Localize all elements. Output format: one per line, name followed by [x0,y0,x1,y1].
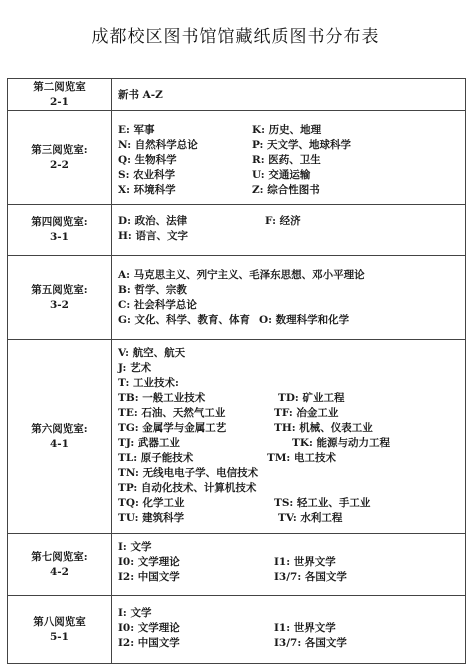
classification-entry: P: 天文学、地球科学 [252,138,351,153]
classification-entry: TS: 轻工业、手工业 [274,496,370,511]
reading-room-code: 5-1 [50,630,69,645]
table-row: 第三阅览室:2-2E: 军事K: 历史、地理N: 自然科学总论P: 天文学、地球… [8,110,465,204]
reading-room-code: 4-1 [50,437,69,452]
reading-room-code: 3-1 [50,230,69,245]
classification-entry: I1: 世界文学 [274,621,336,636]
reading-room-cell: 第四阅览室:3-1 [8,205,112,255]
classification-entry: S: 农业科学 [118,168,175,183]
reading-room-cell: 第五阅览室:3-2 [8,256,112,339]
reading-room-name: 第二阅览室 [33,80,86,95]
reading-room-cell: 第二阅览室2-1 [8,79,112,110]
classification-entry: J: 艺术 [118,361,151,376]
classification-entry: Q: 生物科学 [118,153,177,168]
classification-entry: R: 医药、卫生 [252,153,321,168]
classification-entry: TQ: 化学工业 [118,496,185,511]
classification-entry: TJ: 武器工业 [118,436,180,451]
classification-cell: E: 军事K: 历史、地理N: 自然科学总论P: 天文学、地球科学Q: 生物科学… [112,111,465,204]
classification-entry: TN: 无线电电子学、电信技术 [118,466,258,481]
classification-cell: V: 航空、航天J: 艺术T: 工业技术:TB: 一般工业技术TD: 矿业工程T… [112,340,465,533]
classification-entry: D: 政治、法律 [118,214,187,229]
classification-entry: G: 文化、科学、教育、体育 [118,313,250,328]
reading-room-cell: 第六阅览室:4-1 [8,340,112,533]
classification-entry: Z: 综合性图书 [252,183,320,198]
reading-room-cell: 第三阅览室:2-2 [8,111,112,204]
classification-cell: D: 政治、法律F: 经济H: 语言、文字 [112,205,465,255]
table-row: 第八阅览室5-1I: 文学I0: 文学理论I1: 世界文学I2: 中国文学I3/… [8,595,465,663]
classification-entry: I3/7: 各国文学 [274,636,347,651]
classification-entry: I0: 文学理论 [118,555,180,570]
table-row: 第四阅览室:3-1D: 政治、法律F: 经济H: 语言、文字 [8,204,465,255]
classification-entry: I1: 世界文学 [274,555,336,570]
classification-cell: I: 文学I0: 文学理论I1: 世界文学I2: 中国文学I3/7: 各国文学 [112,534,465,595]
classification-entry: I: 文学 [118,606,151,621]
reading-room-name: 第七阅览室: [31,550,87,565]
classification-entry: TU: 建筑科学 [118,511,184,526]
classification-entry: F: 经济 [265,214,301,229]
classification-entry: TF: 冶金工业 [274,406,338,421]
reading-room-name: 第六阅览室: [31,422,87,437]
classification-cell: I: 文学I0: 文学理论I1: 世界文学I2: 中国文学I3/7: 各国文学 [112,596,465,663]
classification-entry: N: 自然科学总论 [118,138,198,153]
classification-entry: TK: 能源与动力工程 [292,436,390,451]
reading-room-code: 4-2 [50,565,69,580]
reading-room-name: 第三阅览室: [31,143,87,158]
classification-entry: O: 数理科学和化学 [259,313,349,328]
classification-entry: TB: 一般工业技术 [118,391,205,406]
classification-entry: K: 历史、地理 [252,123,321,138]
reading-room-name: 第八阅览室 [33,615,86,630]
distribution-table: 第二阅览室2-1新书 A-Z第三阅览室:2-2E: 军事K: 历史、地理N: 自… [7,78,466,664]
classification-entry: U: 交通运输 [252,168,310,183]
reading-room-code: 3-2 [50,298,69,313]
table-row: 第二阅览室2-1新书 A-Z [8,79,465,110]
classification-entry: I2: 中国文学 [118,570,180,585]
classification-entry: TD: 矿业工程 [278,391,344,406]
reading-room-name: 第四阅览室: [31,215,87,230]
classification-cell: A: 马克思主义、列宁主义、毛泽东思想、邓小平理论B: 哲学、宗教C: 社会科学… [112,256,465,339]
reading-room-cell: 第八阅览室5-1 [8,596,112,663]
table-row: 第五阅览室:3-2A: 马克思主义、列宁主义、毛泽东思想、邓小平理论B: 哲学、… [8,255,465,339]
page-title: 成都校区图书馆馆藏纸质图书分布表 [0,22,471,47]
classification-entry: I: 文学 [118,540,151,555]
classification-entry: B: 哲学、宗教 [118,283,187,298]
classification-entry: TV: 水利工程 [278,511,342,526]
reading-room-code: 2-2 [50,158,69,173]
classification-entry: I2: 中国文学 [118,636,180,651]
reading-room-code: 2-1 [50,95,69,110]
classification-entry: TH: 机械、仪表工业 [274,421,373,436]
classification-entry: I3/7: 各国文学 [274,570,347,585]
reading-room-name: 第五阅览室: [31,283,87,298]
classification-entry: A: 马克思主义、列宁主义、毛泽东思想、邓小平理论 [118,268,365,283]
classification-cell: 新书 A-Z [112,79,465,110]
classification-entry: X: 环境科学 [118,183,176,198]
reading-room-cell: 第七阅览室:4-2 [8,534,112,595]
classification-entry: E: 军事 [118,123,155,138]
classification-entry: TL: 原子能技术 [118,451,193,466]
classification-entry: TG: 金属学与金属工艺 [118,421,226,436]
classification-entry: 新书 A-Z [118,88,163,103]
classification-entry: V: 航空、航天 [118,346,185,361]
classification-entry: TP: 自动化技术、计算机技术 [118,481,256,496]
table-row: 第六阅览室:4-1V: 航空、航天J: 艺术T: 工业技术:TB: 一般工业技术… [8,339,465,533]
table-row: 第七阅览室:4-2I: 文学I0: 文学理论I1: 世界文学I2: 中国文学I3… [8,533,465,595]
classification-entry: I0: 文学理论 [118,621,180,636]
classification-entry: T: 工业技术: [118,376,179,391]
classification-entry: TE: 石油、天然气工业 [118,406,225,421]
classification-entry: C: 社会科学总论 [118,298,197,313]
classification-entry: TM: 电工技术 [267,451,336,466]
classification-entry: H: 语言、文字 [118,229,188,244]
